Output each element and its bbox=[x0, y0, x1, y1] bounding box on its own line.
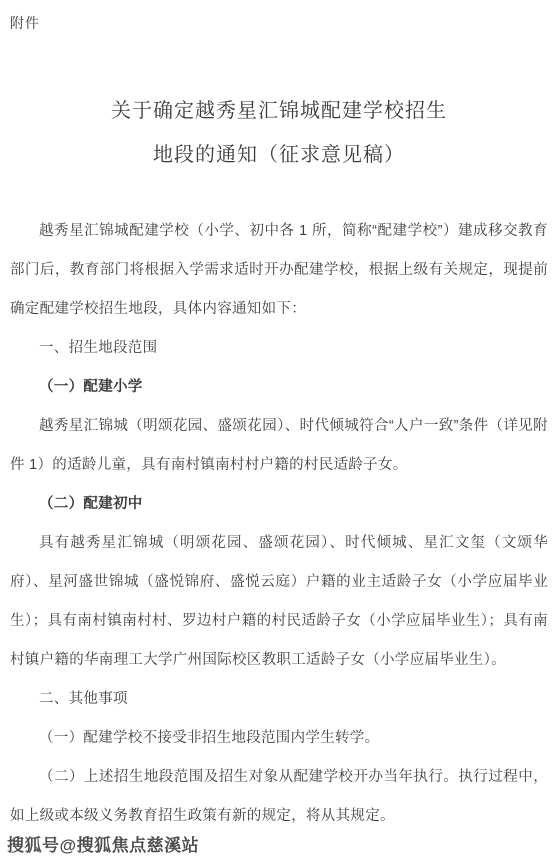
subsection-heading-middle-school: （二）配建初中 bbox=[10, 485, 548, 524]
other-matter-2-paragraph: （二）上述招生地段范围及招生对象从配建学校开办当年执行。执行过程中，如上级或本级… bbox=[10, 758, 548, 836]
document-title-line2: 地段的通知（征求意见稿） bbox=[0, 133, 558, 177]
primary-school-paragraph: 越秀星汇锦城（明颂花园、盛颂花园）、时代倾城符合“人户一致”条件（详见附件 1）… bbox=[10, 407, 548, 485]
document-title-line1: 关于确定越秀星汇锦城配建学校招生 bbox=[0, 89, 558, 133]
middle-school-paragraph: 具有越秀星汇锦城（明颂花园、盛颂花园）、时代倾城、星汇文玺（文颂华府）、星河盛世… bbox=[10, 524, 548, 680]
document-title: 关于确定越秀星汇锦城配建学校招生 地段的通知（征求意见稿） bbox=[0, 89, 558, 177]
sohu-watermark: 搜狐号@搜狐焦点慈溪站 bbox=[7, 831, 199, 856]
subsection-heading-primary-school: （一）配建小学 bbox=[10, 368, 548, 407]
section-heading-other-matters: 二、其他事项 bbox=[10, 680, 548, 719]
other-matter-1-paragraph: （一）配建学校不接受非招生地段范围内学生转学。 bbox=[10, 719, 548, 758]
intro-paragraph: 越秀星汇锦城配建学校（小学、初中各 1 所，简称“配建学校”）建成移交教育部门后… bbox=[10, 212, 548, 329]
section-heading-enrollment-area: 一、招生地段范围 bbox=[10, 329, 548, 368]
document-body: 越秀星汇锦城配建学校（小学、初中各 1 所，简称“配建学校”）建成移交教育部门后… bbox=[10, 212, 548, 836]
attachment-label: 附件 bbox=[10, 13, 40, 33]
document-page: 附件 关于确定越秀星汇锦城配建学校招生 地段的通知（征求意见稿） 越秀星汇锦城配… bbox=[0, 0, 558, 856]
